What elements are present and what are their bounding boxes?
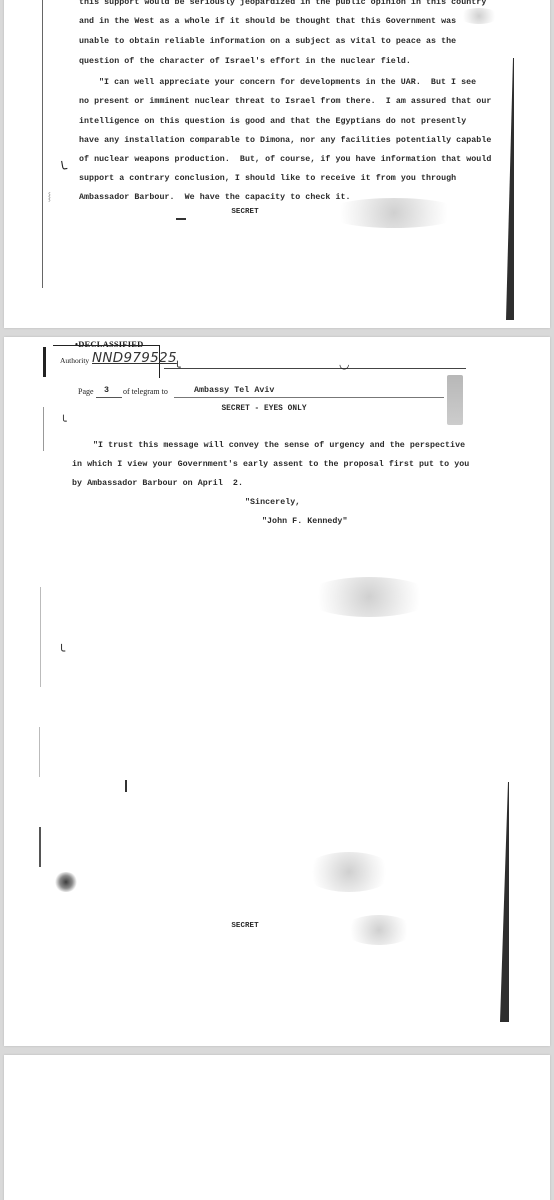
left-margin-line <box>40 587 41 687</box>
document-page-1: this support would be seriously jeopardi… <box>4 0 550 328</box>
stamp-authority-label: Authority <box>60 356 89 365</box>
left-margin-line <box>39 827 41 867</box>
p1-line-6: no present or imminent nuclear threat to… <box>79 97 491 106</box>
p1-footer-classification: SECRET <box>225 208 265 216</box>
scan-speckle <box>344 915 414 945</box>
p2-line-3: by Ambassador Barbour on April 2. <box>72 479 243 488</box>
scan-edge-shadow <box>500 58 516 322</box>
dash-mark <box>176 218 186 220</box>
p2-line-1: "I trust this message will convey the se… <box>93 441 465 450</box>
p1-line-10: support a contrary conclusion, I should … <box>79 174 456 183</box>
scan-speckle <box>459 8 499 24</box>
p1-line-1: this support would be seriously jeopardi… <box>79 0 486 7</box>
scan-speckle <box>304 852 394 892</box>
hole-mark: ◡ <box>339 357 349 371</box>
stamp-left-bar <box>43 347 46 377</box>
document-page-2: •DECLASSIFIED Authority NND979525 ╰ ◡ Pa… <box>4 337 550 1046</box>
header-rule <box>164 368 466 369</box>
page-label: Page <box>78 387 94 396</box>
p1-line-3: unable to obtain reliable information on… <box>79 37 456 46</box>
scan-edge-shadow <box>494 782 514 1046</box>
p2-footer-classification: SECRET <box>225 922 265 930</box>
header-classification: SECRET - EYES ONLY <box>204 405 324 413</box>
hook-mark: ╰ <box>58 161 69 178</box>
stamp-title: •DECLASSIFIED <box>75 339 143 349</box>
hook-mark: ╰ <box>60 415 67 428</box>
p1-line-5: "I can well appreciate your concern for … <box>99 78 476 87</box>
recipient-underline <box>174 397 444 398</box>
p1-line-9: of nuclear weapons production. But, of c… <box>79 155 491 164</box>
hook-mark: ╰ <box>174 361 181 374</box>
page-number-underline <box>96 397 122 398</box>
stray-mark <box>125 780 127 792</box>
p1-line-8: have any installation comparable to Dimo… <box>79 136 491 145</box>
left-margin-line <box>43 407 44 451</box>
signature-line: "John F. Kennedy" <box>262 517 348 526</box>
scan-edge-shadow <box>447 375 463 425</box>
p1-line-7: intelligence on this question is good an… <box>79 117 466 126</box>
hook-mark: ╰ <box>58 644 65 658</box>
document-page-3 <box>4 1055 550 1200</box>
left-margin-line <box>39 727 40 777</box>
page-number: 3 <box>104 386 109 395</box>
p1-line-11: Ambassador Barbour. We have the capacity… <box>79 193 351 202</box>
p2-line-2: in which I view your Government's early … <box>72 460 469 469</box>
closing-line: "Sincerely, <box>245 498 300 507</box>
scan-speckle <box>304 577 434 617</box>
stamp-authority-number: NND979525 <box>92 350 177 366</box>
telegram-label: of telegram to <box>123 387 168 396</box>
left-margin-line <box>42 0 43 288</box>
telegram-recipient: Ambassy Tel Aviv <box>194 386 274 395</box>
p1-line-2: and in the West as a whole if it should … <box>79 17 456 26</box>
ink-blot <box>54 872 78 892</box>
binder-mark: ⸾ <box>48 191 51 202</box>
p1-line-4: question of the character of Israel's ef… <box>79 57 411 66</box>
scan-speckle <box>324 198 464 228</box>
